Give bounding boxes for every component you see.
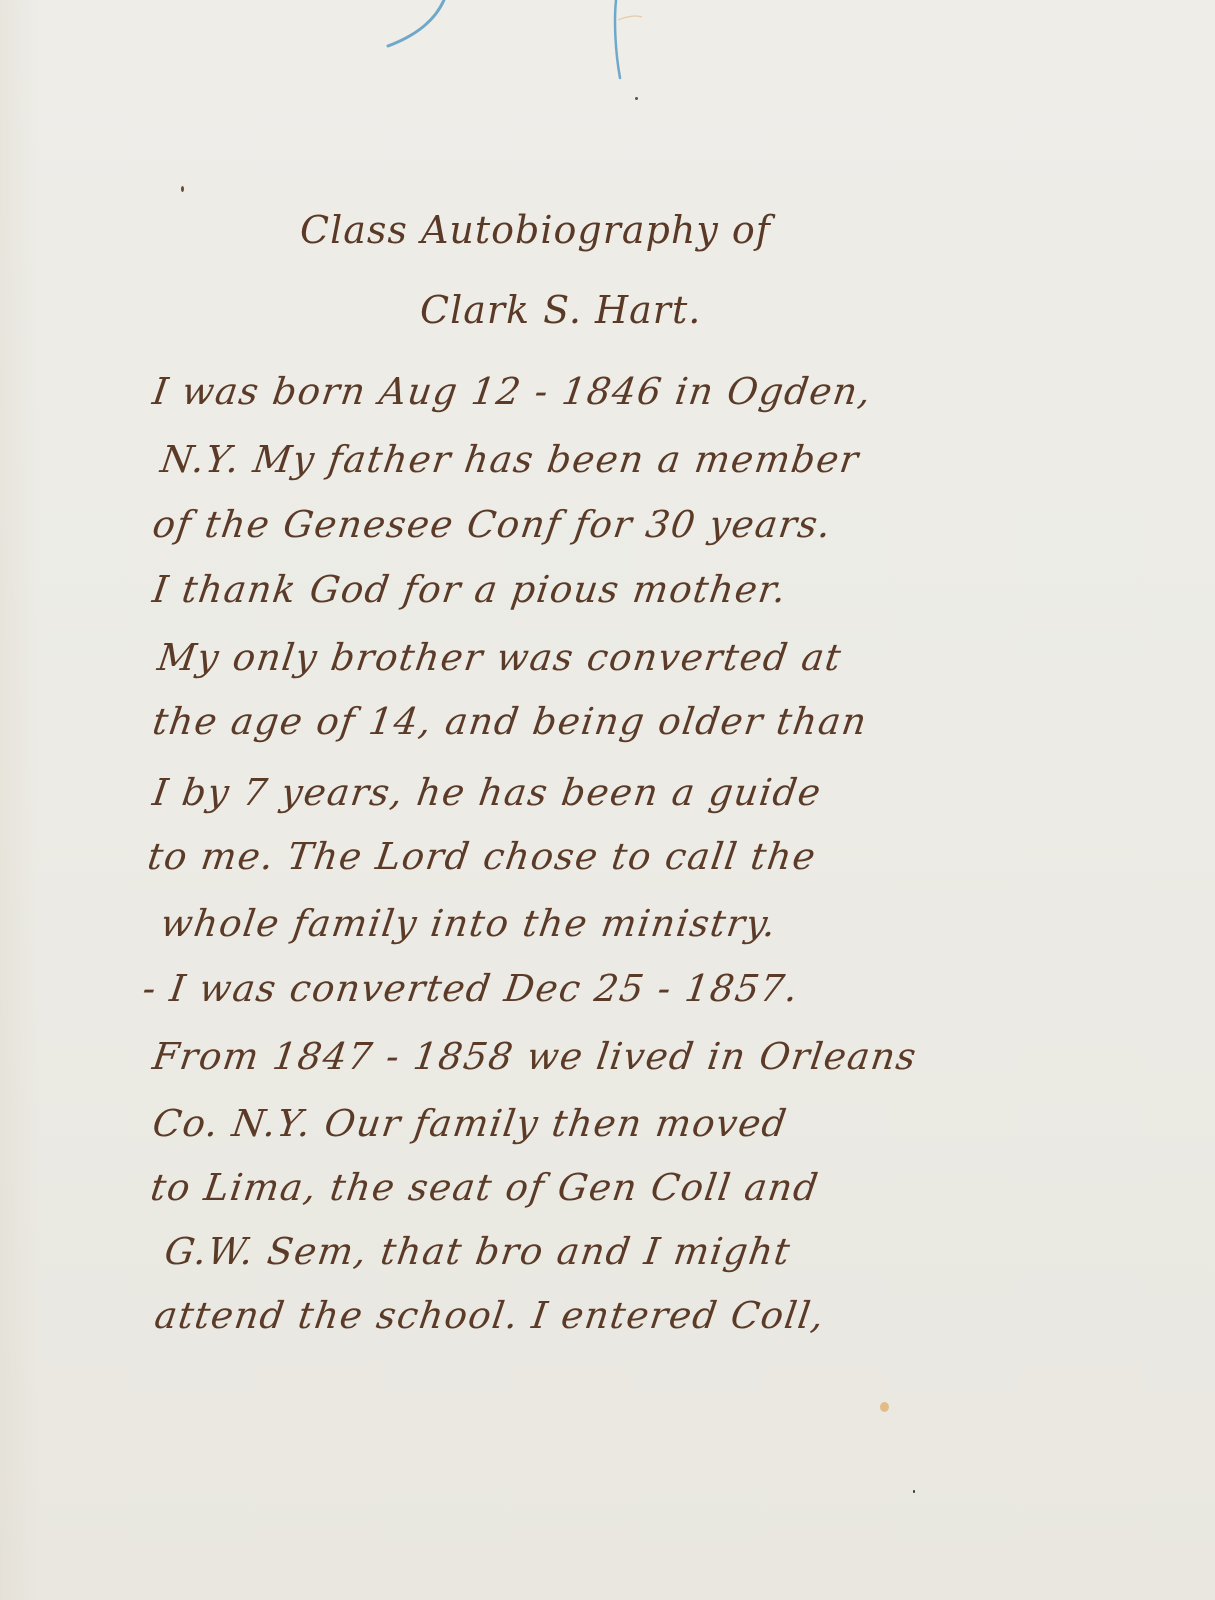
text-line: I thank God for a pious mother. [150,568,790,611]
title-line-1: Class Autobiography of [300,208,771,252]
manuscript-page: Class Autobiography of Clark S. Hart. I … [0,0,1215,1600]
text-line: whole family into the ministry. [158,902,780,945]
text-line: G.W. Sem, that bro and I might [162,1230,794,1273]
text-line: I was born Aug 12 - 1846 in Ogden, [150,370,875,413]
text-line: Co. N.Y. Our family then moved [150,1102,790,1145]
text-line: attend the school. I entered Coll, [152,1294,828,1337]
title-line-2: Clark S. Hart. [420,288,701,332]
text-line: to me. The Lord chose to call the [145,835,819,878]
text-line: N.Y. My father has been a member [158,438,862,481]
text-line: to Lima, the seat of Gen Coll and [148,1166,822,1209]
text-line: - I was converted Dec 25 - 1857. [140,967,802,1010]
handwritten-text: Class Autobiography of Clark S. Hart. I … [0,0,1215,1600]
text-line: My only brother was converted at [155,636,845,679]
text-line: I by 7 years, he has been a guide [150,771,825,814]
text-line: of the Genesee Conf for 30 years. [150,503,835,546]
text-line: From 1847 - 1858 we lived in Orleans [150,1035,920,1078]
text-line: the age of 14, and being older than [150,700,870,743]
